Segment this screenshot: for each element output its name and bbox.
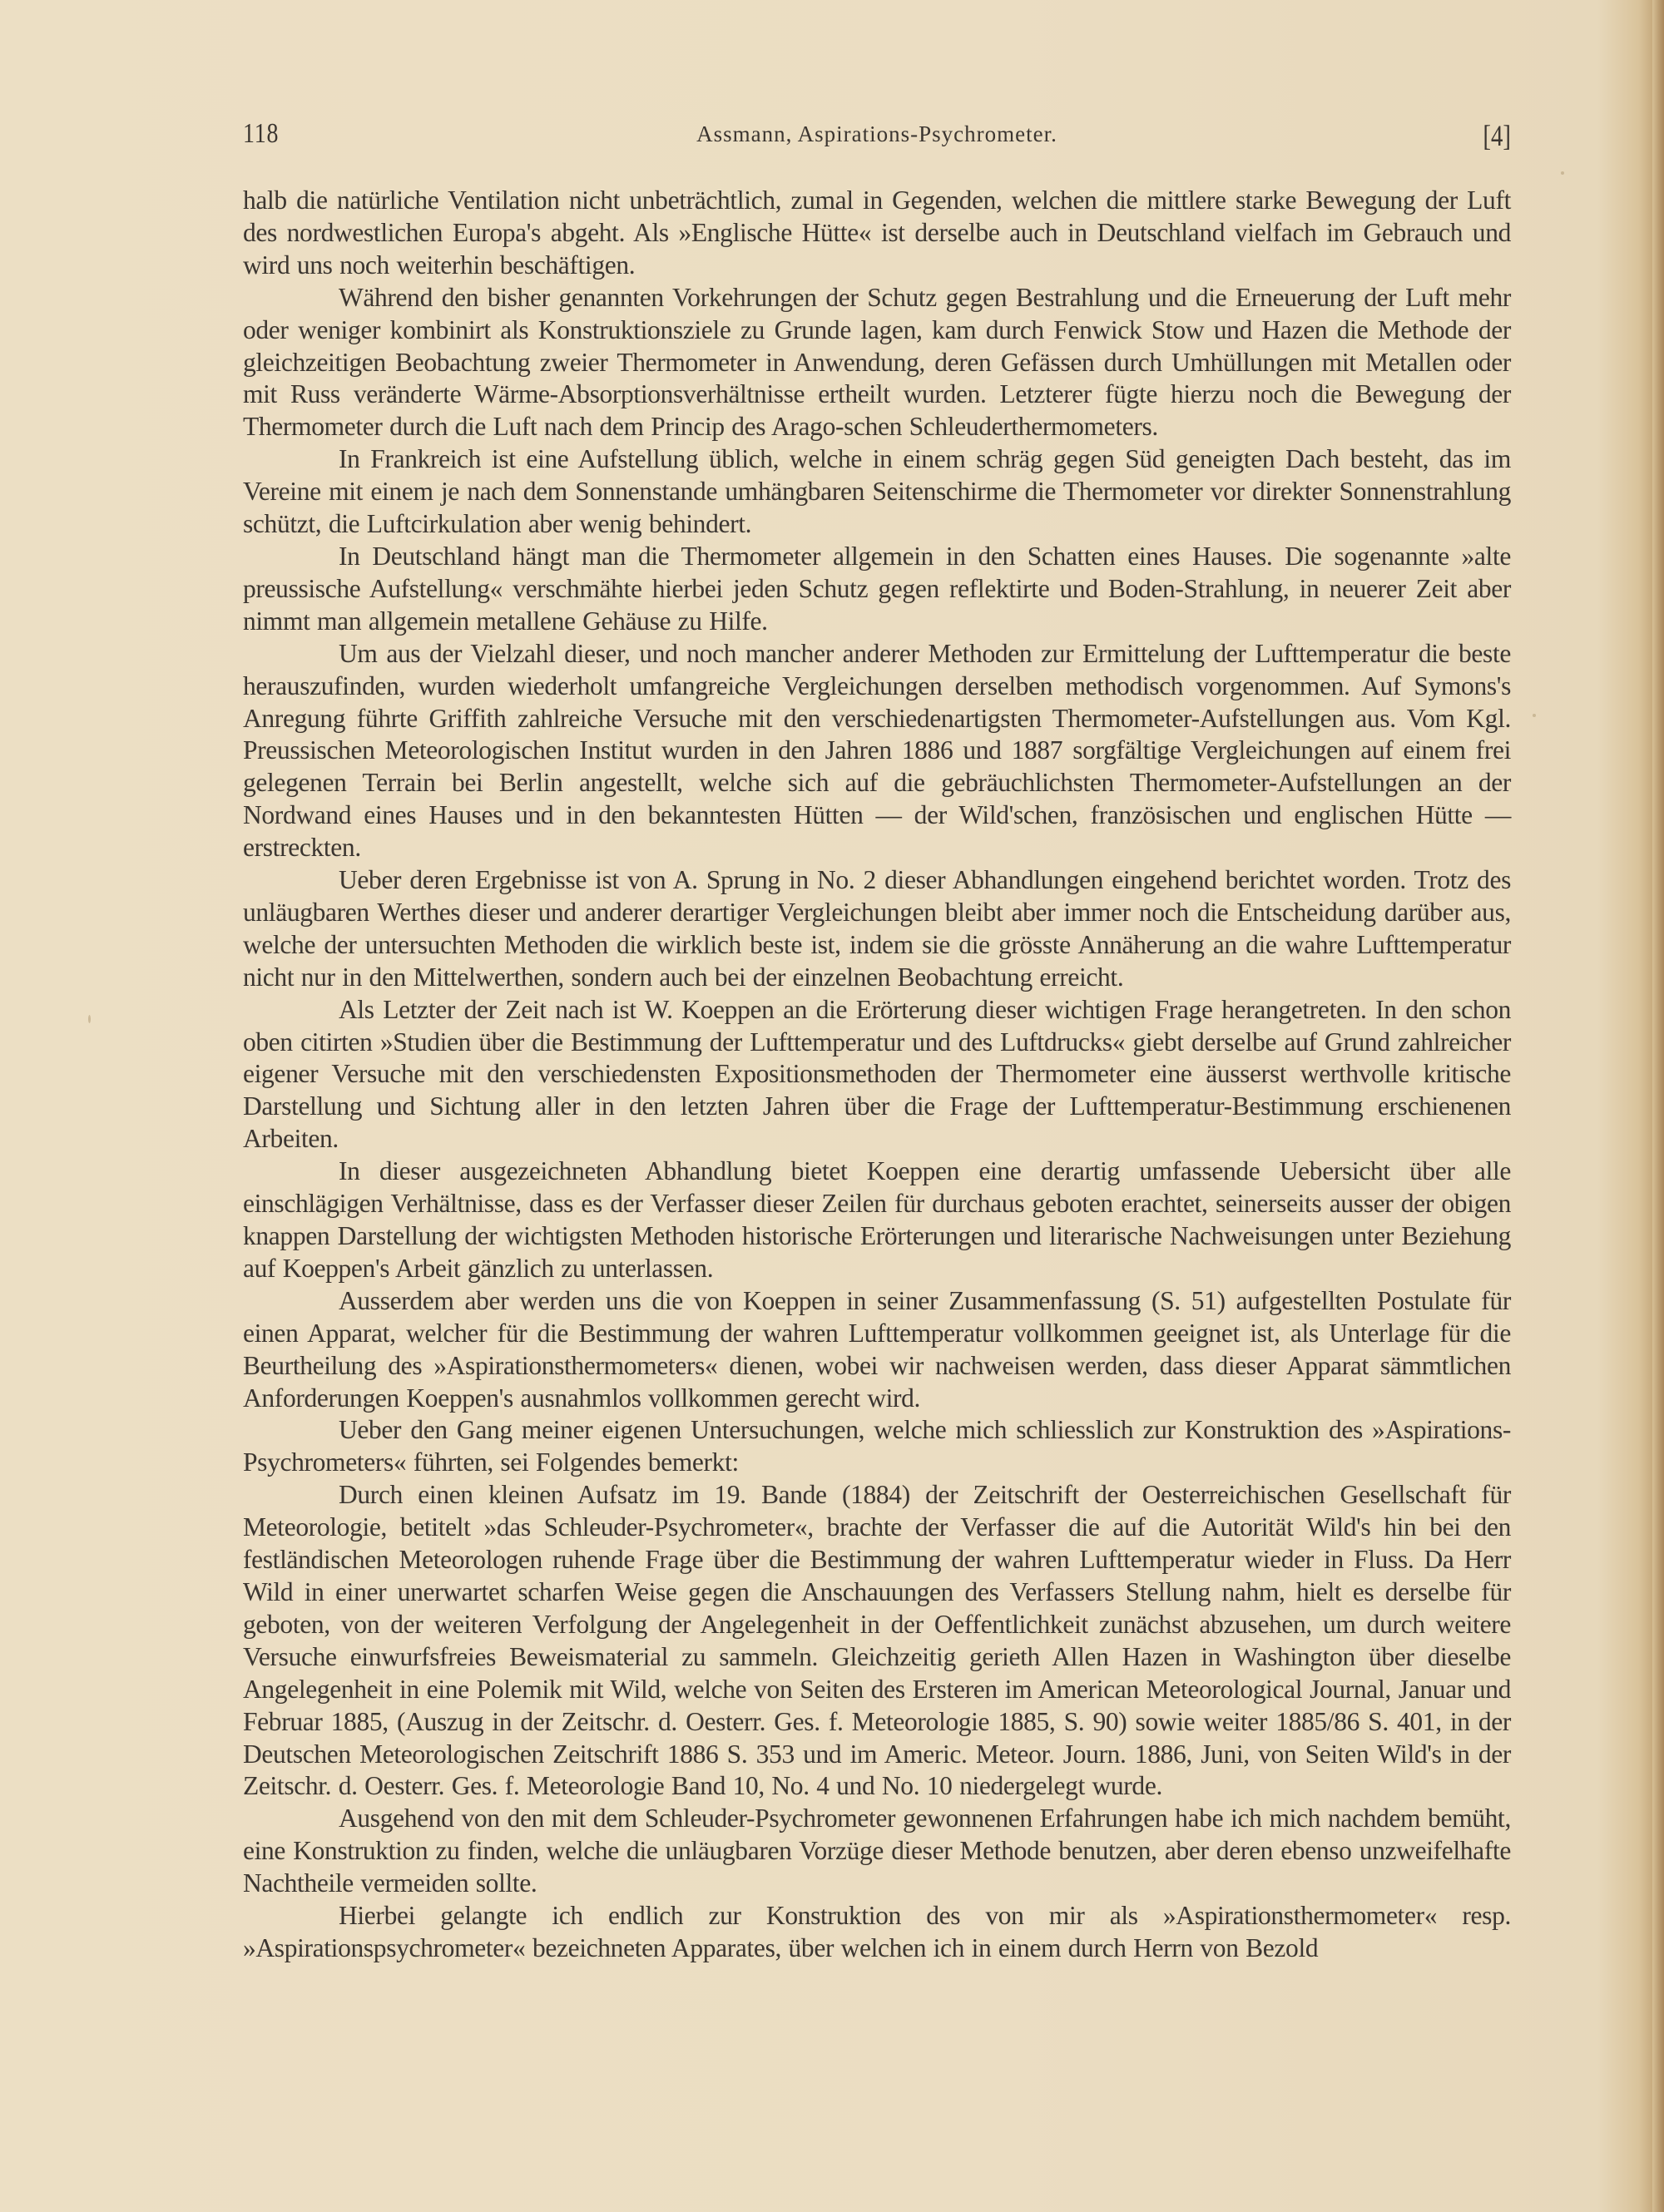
section-reference: [4] bbox=[1483, 118, 1511, 153]
paragraph: Hierbei gelangte ich endlich zur Konstru… bbox=[243, 1900, 1511, 1965]
paragraph: Um aus der Vielzahl dieser, und noch man… bbox=[243, 638, 1511, 864]
paragraph: Durch einen kleinen Aufsatz im 19. Bande… bbox=[243, 1479, 1511, 1803]
paper-speck bbox=[1533, 714, 1536, 717]
paragraph: In Frankreich ist eine Aufstellung üblic… bbox=[243, 443, 1511, 541]
paragraph: Während den bisher genannten Vorkehrunge… bbox=[243, 282, 1511, 444]
paper-speck bbox=[88, 1015, 91, 1023]
paragraph: In Deutschland hängt man die Thermometer… bbox=[243, 541, 1511, 638]
paper-speck bbox=[1561, 171, 1564, 175]
paragraph: Als Letzter der Zeit nach ist W. Koeppen… bbox=[243, 994, 1511, 1156]
paragraph-continuation: halb die natürliche Ventilation nicht un… bbox=[243, 185, 1511, 282]
body-text: halb die natürliche Ventilation nicht un… bbox=[243, 185, 1511, 1965]
paragraph: Ueber den Gang meiner eigenen Untersuchu… bbox=[243, 1414, 1511, 1479]
running-header: 118 Assmann, Aspirations-Psychrometer. [… bbox=[243, 118, 1511, 160]
paragraph: Ausserdem aber werden uns die von Koeppe… bbox=[243, 1285, 1511, 1415]
paragraph: Ausgehend von den mit dem Schleuder-Psyc… bbox=[243, 1803, 1511, 1900]
scanned-page: 118 Assmann, Aspirations-Psychrometer. [… bbox=[0, 0, 1664, 2212]
running-title: Assmann, Aspirations-Psychrometer. bbox=[243, 121, 1511, 147]
page-edge-shadow bbox=[1652, 0, 1664, 2212]
paragraph: Ueber deren Ergebnisse ist von A. Sprung… bbox=[243, 864, 1511, 994]
paragraph: In dieser ausgezeichneten Abhandlung bie… bbox=[243, 1155, 1511, 1285]
